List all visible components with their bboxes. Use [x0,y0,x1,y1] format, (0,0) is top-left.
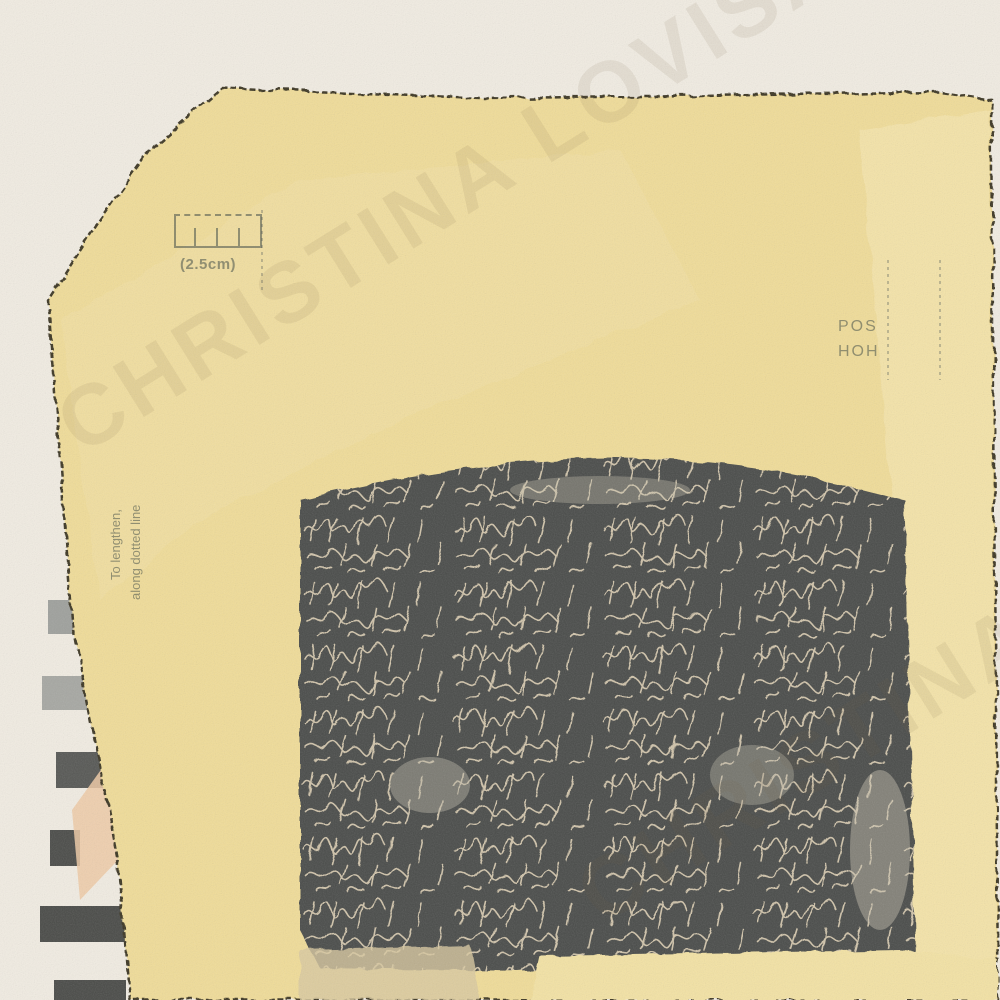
painting-canvas: (2.5cm) To lengthen, along dotted line P… [0,0,1000,1000]
stamp-fragment-top: POS [838,318,878,336]
stamp-fragment-bottom: HOH [838,340,880,358]
ruler-stamp-icon [174,214,262,248]
measurement-stamp: (2.5cm) [180,256,236,273]
instruction-stamp-line2: along dotted line [128,505,143,600]
instruction-stamp-line1: To lengthen, [108,509,123,580]
